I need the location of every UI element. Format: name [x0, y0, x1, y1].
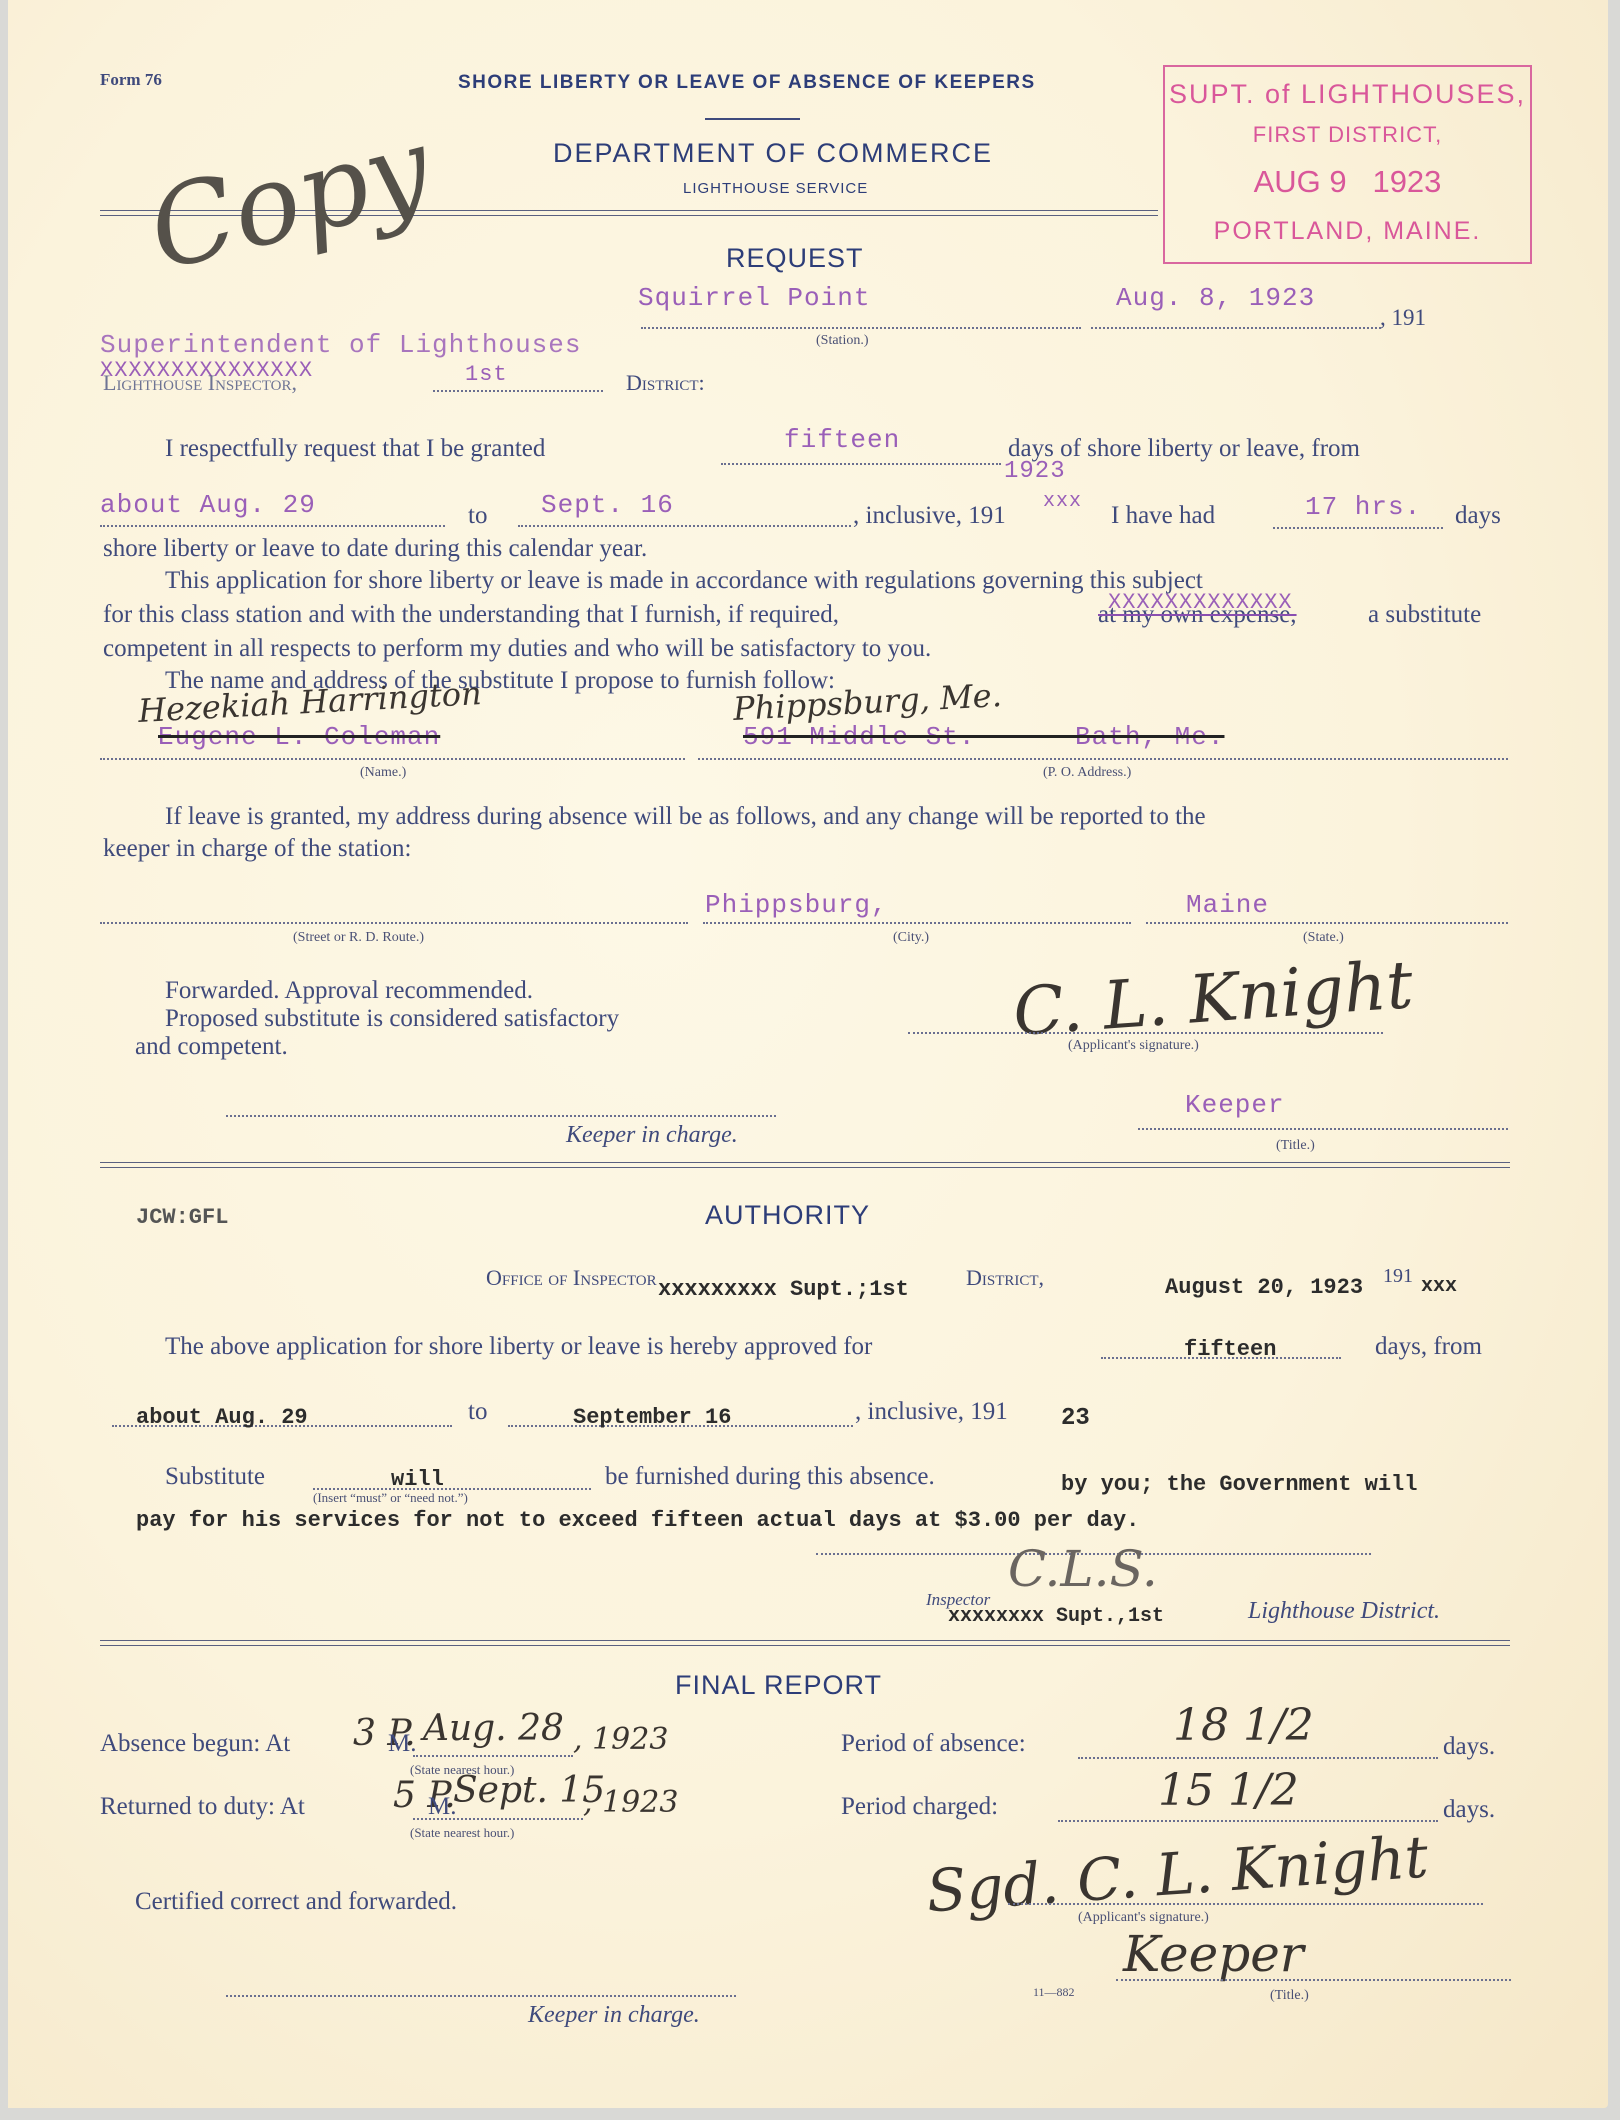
- approved-text-a: The above application for shore liberty …: [165, 1333, 872, 1361]
- year-struck: xxx: [1043, 490, 1082, 513]
- auth-from-date: about Aug. 29: [136, 1405, 308, 1430]
- district-label: District:: [626, 370, 705, 396]
- substitute-label: Substitute: [165, 1463, 265, 1491]
- applicant-signature-label: (Applicant's signature.): [1068, 1038, 1199, 1054]
- form-title: SHORE LIBERTY OR LEAVE OF ABSENCE OF KEE…: [458, 72, 1036, 94]
- request-para2-line2-b: a substitute: [1368, 601, 1481, 629]
- final-report-heading: FINAL REPORT: [675, 1670, 882, 1701]
- stamp-date: AUG 9 1923: [1165, 164, 1530, 200]
- forwarded-line-1: Forwarded. Approval recommended.: [165, 977, 533, 1005]
- typed-addendum-2: pay for his services for not to exceed f…: [136, 1508, 1139, 1533]
- name-label: (Name.): [360, 765, 406, 781]
- absence-begun-date: Aug. 28: [423, 1708, 564, 1749]
- year-prefix: , 191: [1380, 305, 1426, 331]
- period-absence-label: Period of absence:: [841, 1730, 1026, 1758]
- year-overtype: 1923: [1004, 458, 1066, 485]
- forwarded-line-2: Proposed substitute is considered satisf…: [165, 1005, 619, 1033]
- street-label: (Street or R. D. Route.): [293, 930, 424, 946]
- request-date-value: Aug. 8, 1923: [1116, 283, 1315, 313]
- title-label: (Title.): [1276, 1138, 1315, 1154]
- copy-margin-note: Copy: [137, 103, 443, 296]
- expense-overtype: XXXXXXXXXXXXX: [1108, 590, 1293, 615]
- authority-initials: C.L.S.: [1008, 1540, 1158, 1598]
- address-label: (P. O. Address.): [1043, 765, 1131, 781]
- title-line: [1138, 1128, 1508, 1130]
- keeper-in-charge-line: [226, 1115, 776, 1117]
- station-value: Squirrel Point: [638, 283, 870, 313]
- request-para4-line2: keeper in charge of the station:: [103, 835, 411, 863]
- request-para2-line3: competent in all respects to perform my …: [103, 635, 931, 663]
- absence-begun-line: [413, 1755, 573, 1757]
- keeper-in-charge-label: Keeper in charge.: [566, 1122, 738, 1149]
- substitute-address-line: [698, 758, 1508, 760]
- reference-initials: JCW:GFL: [136, 1205, 228, 1230]
- addressee-typed: Superintendent of Lighthouses: [100, 330, 581, 360]
- approved-text-b: days, from: [1375, 1333, 1482, 1361]
- period-charged-label: Period charged:: [841, 1793, 998, 1821]
- period-charged-days: days.: [1443, 1796, 1495, 1824]
- period-absence-days: days.: [1443, 1733, 1495, 1761]
- addressee-printed: Lighthouse Inspector,: [103, 370, 297, 396]
- final-applicant-signature-line: [1008, 1903, 1483, 1905]
- final-title-value: Keeper: [1123, 1925, 1304, 1983]
- substitute-address-struck: 591 Middle St. Bath, Me.: [743, 722, 1224, 752]
- absence-begun-year: , 1923: [573, 1722, 668, 1757]
- authority-year-struck: xxx: [1421, 1275, 1457, 1298]
- signer-suffix: Lighthouse District.: [1248, 1598, 1440, 1625]
- request-heading: REQUEST: [726, 243, 864, 274]
- to-date-value: Sept. 16: [541, 490, 674, 520]
- state-label: (State.): [1303, 930, 1344, 946]
- furnished-label: be furnished during this absence.: [605, 1463, 935, 1491]
- stamp-line-2: FIRST DISTRICT,: [1165, 122, 1530, 148]
- authority-date: August 20, 1923: [1165, 1275, 1363, 1300]
- applicant-signature: C. L. Knight: [1011, 946, 1415, 1051]
- signer-typed: xxxxxxxx Supt.,1st: [948, 1605, 1164, 1628]
- city-value: Phippsburg,: [705, 890, 888, 920]
- final-title-label: (Title.): [1270, 1988, 1309, 2004]
- stamp-line-1: SUPT. of LIGHTHOUSES,: [1165, 79, 1530, 110]
- returned-hint: (State nearest hour.): [410, 1825, 514, 1841]
- certified-label: Certified correct and forwarded.: [135, 1888, 457, 1916]
- period-absence-value: 18 1/2: [1173, 1700, 1314, 1751]
- street-line: [100, 922, 688, 924]
- auth-to-label: to: [468, 1398, 487, 1426]
- from-date-value: about Aug. 29: [100, 490, 316, 520]
- returned-year: , 1923: [583, 1785, 678, 1820]
- form-number: Form 76: [100, 70, 162, 90]
- office-label-a: Office of Inspector: [486, 1265, 657, 1291]
- period-charged-line: [1058, 1820, 1438, 1822]
- service-name: LIGHTHOUSE SERVICE: [683, 180, 868, 197]
- final-keeper-in-charge-label: Keeper in charge.: [528, 2002, 700, 2029]
- request-para2-line2-a: for this class station and with the unde…: [103, 601, 839, 629]
- station-label: (Station.): [816, 333, 869, 349]
- days-requested-value: fifteen: [784, 425, 900, 455]
- from-date-line: [100, 525, 445, 527]
- authority-heading: AUTHORITY: [705, 1200, 870, 1231]
- state-line: [1146, 922, 1508, 924]
- auth-inclusive-label: , inclusive, 191: [855, 1398, 1008, 1426]
- district-value: 1st: [465, 362, 508, 387]
- state-value: Maine: [1186, 890, 1269, 920]
- to-label: to: [468, 502, 487, 530]
- substitute-hint: (Insert “must” or “need not.”): [313, 1490, 468, 1506]
- received-stamp: SUPT. of LIGHTHOUSES, FIRST DISTRICT, AU…: [1163, 65, 1532, 264]
- office-label-b: District,: [966, 1265, 1044, 1291]
- city-line: [703, 922, 1131, 924]
- returned-line: [413, 1818, 583, 1820]
- to-date-line: [518, 525, 851, 527]
- period-charged-value: 15 1/2: [1158, 1765, 1299, 1816]
- request-para1-a: I respectfully request that I be granted: [165, 435, 545, 463]
- authority-section-rule: [100, 1640, 1510, 1646]
- final-title-line: [1116, 1979, 1511, 1981]
- substitute-value: will: [391, 1467, 444, 1492]
- print-code: 11—882: [1033, 1985, 1075, 2000]
- had-label: I have had: [1111, 502, 1215, 530]
- period-absence-line: [1078, 1757, 1438, 1759]
- title-underline: [705, 118, 800, 120]
- station-field-line: [641, 327, 1081, 329]
- days-label: days: [1455, 502, 1501, 530]
- days-approved-value: fifteen: [1184, 1337, 1276, 1362]
- inclusive-label: , inclusive, 191: [853, 502, 1006, 530]
- authority-year-prefix: 191: [1383, 1265, 1413, 1288]
- district-field-line: [433, 390, 603, 392]
- city-label: (City.): [893, 930, 929, 946]
- days-had-line: [1273, 527, 1443, 529]
- request-para2-line1: This application for shore liberty or le…: [165, 567, 1203, 595]
- returned-label: Returned to duty: At: [100, 1793, 305, 1821]
- office-typed: xxxxxxxxx Supt.;1st: [658, 1277, 909, 1302]
- department-name: DEPARTMENT OF COMMERCE: [553, 138, 993, 169]
- document-page: Form 76 SHORE LIBERTY OR LEAVE OF ABSENC…: [8, 0, 1608, 2108]
- days-had-value: 17 hrs.: [1305, 492, 1421, 522]
- stamp-line-4: PORTLAND, MAINE.: [1165, 217, 1530, 246]
- request-para4-line1: If leave is granted, my address during a…: [165, 803, 1206, 831]
- request-section-rule: [100, 1162, 1510, 1168]
- forwarded-line-3: and competent.: [135, 1033, 288, 1061]
- request-para1-c: shore liberty or leave to date during th…: [103, 535, 647, 563]
- substitute-name-line: [100, 758, 685, 760]
- title-value: Keeper: [1185, 1090, 1285, 1120]
- date-field-line: [1091, 327, 1381, 329]
- final-keeper-in-charge-line: [226, 1995, 736, 1997]
- applicant-signature-line: [908, 1032, 1383, 1034]
- auth-year-suffix: 23: [1061, 1405, 1090, 1432]
- final-applicant-signature-label: (Applicant's signature.): [1078, 1910, 1209, 1926]
- substitute-name-struck: Eugene L. Coleman: [158, 722, 440, 752]
- days-requested-line: [721, 463, 1001, 465]
- absence-begun-label: Absence begun: At: [100, 1730, 290, 1758]
- auth-to-date: September 16: [573, 1405, 731, 1430]
- typed-addendum-1: by you; the Government will: [1061, 1472, 1417, 1497]
- absence-begun-m: M.: [388, 1730, 416, 1758]
